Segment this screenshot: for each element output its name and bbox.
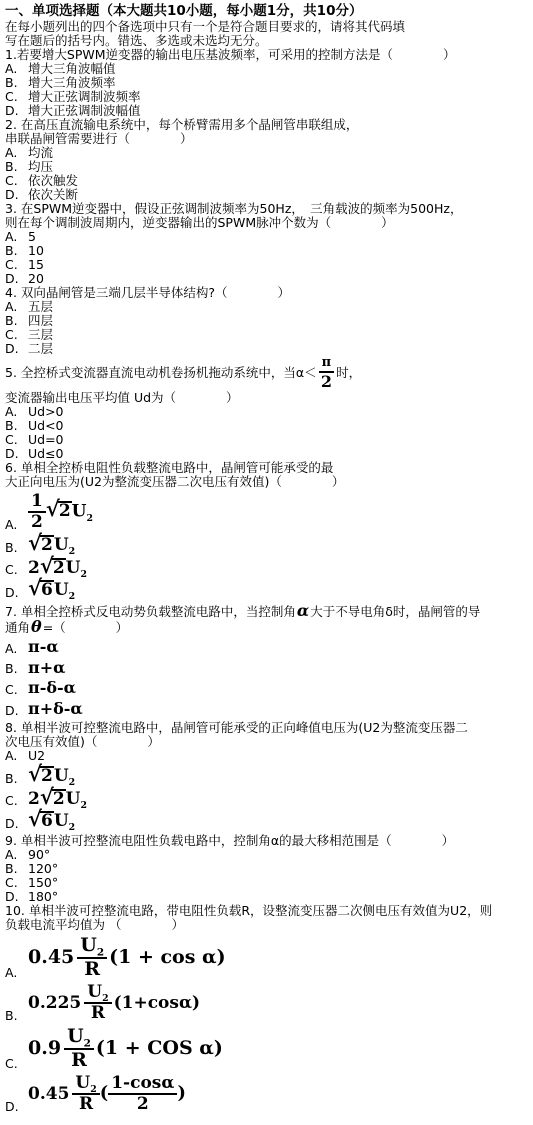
option-label: C. xyxy=(5,174,28,188)
option-text: 三层 xyxy=(28,327,53,342)
option-label: B. xyxy=(5,541,28,555)
option-label: D. xyxy=(5,447,28,461)
question-3: 3. 在SPWM逆变器中，假设正弦调制波频率为50Hz， 三角载波的频率为500… xyxy=(5,202,529,286)
formula-subscript: 2 xyxy=(86,512,93,523)
option-text: 五层 xyxy=(28,299,53,314)
question-stem: 通角θ=（ ） xyxy=(5,619,529,635)
pi-minus-alpha-formula: π-α xyxy=(28,638,59,656)
fraction-numerator: 1-cosα xyxy=(108,1074,177,1096)
option-text: Ud≤0 xyxy=(28,446,64,461)
option-label: B. xyxy=(5,244,28,258)
option-label: B. xyxy=(5,772,28,786)
pi-plus-alpha-formula: π+α xyxy=(28,659,65,677)
option-row: C.增大正弦调制波频率 xyxy=(5,90,529,104)
fraction-denominator: R xyxy=(71,1050,87,1071)
question-stem: 次电压有效值)（ ） xyxy=(5,735,529,749)
option-row: A. 0.45U2R(1 + cos α) xyxy=(5,935,529,980)
option-label: B. xyxy=(5,314,28,328)
sqrt-radical: √2 xyxy=(46,501,72,520)
option-text: 均流 xyxy=(28,145,53,160)
option-label: C. xyxy=(5,794,28,808)
question-6: 6. 单相全控桥电阻性负载整流电路中，晶闸管可能承受的最 大正向电压为(U2为整… xyxy=(5,461,529,601)
option-text: 四层 xyxy=(28,313,53,328)
fraction-numerator: 1 xyxy=(28,492,46,514)
question-5: 5. 全控桥式变流器直流电动机卷扬机拖动系统中，当α＜π2时， 变流器输出电压平… xyxy=(5,356,529,461)
option-row: B.增大三角波频率 xyxy=(5,76,529,90)
option-row: D.依次关断 xyxy=(5,188,529,202)
question-stem: 负载电流平均值为 （ ） xyxy=(5,918,529,932)
fraction-denominator: 2 xyxy=(31,513,43,532)
option-row: A.U2 xyxy=(5,749,529,763)
option-text: 150° xyxy=(28,875,58,890)
option-row: B.四层 xyxy=(5,314,529,328)
option-label: C. xyxy=(5,433,28,447)
option-text: Ud>0 xyxy=(28,404,64,419)
option-text: 120° xyxy=(28,861,58,876)
option-row: A. 12√2U2 xyxy=(5,492,529,532)
option-label: C. xyxy=(5,876,28,890)
option-label: A. xyxy=(5,518,28,532)
option-label: D. xyxy=(5,104,28,118)
question-2: 2. 在高压直流输电系统中，每个桥臂需用多个晶闸管串联组成， 串联晶闸管需要进行… xyxy=(5,118,529,202)
option-row: D. 0.45U2R(1-cosα2) xyxy=(5,1074,529,1114)
formula-base: U xyxy=(54,811,69,831)
sqrt2-u2-formula: √2U2 xyxy=(28,766,75,786)
average-current-formula: 0.225U2R(1+cosα) xyxy=(28,983,200,1023)
question-stem: 4. 双向晶闸管是三端几层半导体结构?（ ） xyxy=(5,286,529,300)
formula-base: U xyxy=(87,982,102,1002)
intro-line: 写在题后的括号内。错选、多选或未选均无分。 xyxy=(5,34,529,48)
option-label: A. xyxy=(5,642,28,656)
option-label: D. xyxy=(5,342,28,356)
option-row: A.五层 xyxy=(5,300,529,314)
option-text: 20 xyxy=(28,271,44,286)
radicand: 6 xyxy=(40,811,54,830)
option-text: Ud<0 xyxy=(28,418,64,433)
option-text: 增大正弦调制波幅值 xyxy=(28,103,141,118)
option-label: A. xyxy=(5,146,28,160)
option-label: A. xyxy=(5,966,28,980)
option-text: U2 xyxy=(28,748,45,763)
u2-over-r-fraction: U2R xyxy=(64,1026,94,1071)
intro-line: 在每小题列出的四个备选项中只有一个是符合题目要求的，请将其代码填 xyxy=(5,20,529,34)
option-row: D.180° xyxy=(5,890,529,904)
formula-tail: (1 + cos α) xyxy=(109,946,226,968)
formula-tail: (1 + COS α) xyxy=(96,1037,223,1059)
option-label: B. xyxy=(5,662,28,676)
question-stem: 1.若要增大SPWM逆变器的输出电压基波频率，可采用的控制方法是（ ） xyxy=(5,48,529,62)
question-stem: 6. 单相全控桥电阻性负载整流电路中，晶闸管可能承受的最 xyxy=(5,461,529,475)
pi-over-2-fraction: π2 xyxy=(319,356,335,391)
sqrt-radical: √2 xyxy=(28,766,54,785)
option-label: D. xyxy=(5,586,28,600)
question-stem: 串联晶闸管需要进行（ ） xyxy=(5,132,529,146)
option-row: C.15 xyxy=(5,258,529,272)
option-label: D. xyxy=(5,890,28,904)
half-sqrt2-u2-formula: 12√2U2 xyxy=(28,492,93,532)
fraction-numerator: U2 xyxy=(64,1026,94,1050)
formula-subscript: 2 xyxy=(69,546,76,557)
question-stem: 2. 在高压直流输电系统中，每个桥臂需用多个晶闸管串联组成， xyxy=(5,118,529,132)
radicand: 2 xyxy=(40,535,54,554)
option-label: C. xyxy=(5,328,28,342)
formula-coefficient: 0.45 xyxy=(28,946,74,968)
option-label: A. xyxy=(5,230,28,244)
fraction-denominator: R xyxy=(91,1004,105,1023)
average-current-formula: 0.45U2R(1-cosα2) xyxy=(28,1074,186,1114)
option-row: D. √6U2 xyxy=(5,811,529,831)
option-row: B.π+α xyxy=(5,659,529,677)
option-row: B.120° xyxy=(5,862,529,876)
one-minus-cos-over-2-fraction: 1-cosα2 xyxy=(108,1074,177,1114)
pi-minus-delta-minus-alpha-formula: π-δ-α xyxy=(28,679,76,697)
question-stem: 则在每个调制波周期内，逆变器输出的SPWM脉冲个数为（ ） xyxy=(5,216,529,230)
stem-text: 大于不导电角δ时，晶闸管的导 xyxy=(310,604,480,619)
radicand: 2 xyxy=(52,789,66,808)
question-stem: 8. 单相半波可控整流电路中，晶闸管可能承受的正向峰值电压为(U2为整流变压器二 xyxy=(5,721,529,735)
average-current-formula: 0.45U2R(1 + cos α) xyxy=(28,935,226,980)
option-row: C.π-δ-α xyxy=(5,679,529,697)
sqrt-radical: √6 xyxy=(28,811,54,830)
fraction-denominator: R xyxy=(84,959,100,980)
formula-subscript: 2 xyxy=(69,592,76,603)
option-row: D.增大正弦调制波幅值 xyxy=(5,104,529,118)
close-paren: ) xyxy=(177,1083,185,1104)
option-label: C. xyxy=(5,1057,28,1071)
option-label: B. xyxy=(5,1009,28,1023)
fraction-numerator: U2 xyxy=(84,983,111,1005)
formula-coefficient: 0.45 xyxy=(28,1084,69,1104)
option-text: 10 xyxy=(28,243,44,258)
option-text: 依次关断 xyxy=(28,187,78,202)
sqrt-radical: √2 xyxy=(40,558,66,577)
option-row: B.10 xyxy=(5,244,529,258)
radicand: 6 xyxy=(40,580,54,599)
stem-text: 7. 单相全控桥式反电动势负载整流电路中，当控制角 xyxy=(5,604,296,619)
option-label: A. xyxy=(5,300,28,314)
option-label: D. xyxy=(5,1100,28,1114)
option-row: C. 0.9U2R(1 + COS α) xyxy=(5,1026,529,1071)
option-row: B. √2U2 xyxy=(5,535,529,555)
option-text: 90° xyxy=(28,847,50,862)
radicand: 2 xyxy=(58,501,72,520)
option-row: A.增大三角波幅值 xyxy=(5,62,529,76)
option-text: 二层 xyxy=(28,341,53,356)
formula-subscript: 2 xyxy=(69,823,76,834)
u2-over-r-fraction: U2R xyxy=(77,935,107,980)
sqrt6-u2-formula: √6U2 xyxy=(28,580,75,600)
formula-subscript: 2 xyxy=(80,800,87,811)
sqrt2-u2-formula: √2U2 xyxy=(28,535,75,555)
option-label: B. xyxy=(5,76,28,90)
2-sqrt2-u2-formula: 2√2U2 xyxy=(28,558,87,578)
option-row: C. 2√2U2 xyxy=(5,789,529,809)
formula-base: U xyxy=(54,535,69,555)
option-label: B. xyxy=(5,419,28,433)
question-stem: 3. 在SPWM逆变器中，假设正弦调制波频率为50Hz， 三角载波的频率为500… xyxy=(5,202,529,216)
option-text: 增大三角波频率 xyxy=(28,75,116,90)
formula-coefficient: 2 xyxy=(28,558,40,578)
formula-subscript: 2 xyxy=(90,1084,97,1095)
option-row: A.Ud>0 xyxy=(5,405,529,419)
option-text: 5 xyxy=(28,229,36,244)
option-row: C. 2√2U2 xyxy=(5,558,529,578)
option-row: D.Ud≤0 xyxy=(5,447,529,461)
option-row: B.均压 xyxy=(5,160,529,174)
formula-base: U xyxy=(72,501,87,521)
option-row: A.5 xyxy=(5,230,529,244)
2-sqrt2-u2-formula: 2√2U2 xyxy=(28,789,87,809)
sqrt6-u2-formula: √6U2 xyxy=(28,811,75,831)
option-row: B.Ud<0 xyxy=(5,419,529,433)
option-label: A. xyxy=(5,848,28,862)
option-label: D. xyxy=(5,817,28,831)
option-label: C. xyxy=(5,563,28,577)
option-label: D. xyxy=(5,272,28,286)
formula-base: U xyxy=(67,1025,84,1047)
option-label: C. xyxy=(5,90,28,104)
fraction-numerator: π xyxy=(319,356,335,373)
formula-base: U xyxy=(75,1073,90,1093)
u2-over-r-fraction: U2R xyxy=(84,983,111,1023)
option-row: B. 0.225U2R(1+cosα) xyxy=(5,983,529,1023)
formula-tail: (1+cosα) xyxy=(114,993,201,1013)
u2-over-r-fraction: U2R xyxy=(72,1074,99,1114)
question-9: 9. 单相半波可控整流电阻性负载电路中，控制角α的最大移相范围是（ ） A.90… xyxy=(5,834,529,904)
radicand: 2 xyxy=(40,766,54,785)
option-label: D. xyxy=(5,704,28,718)
question-stem: 变流器输出电压平均值 Ud为（ ） xyxy=(5,391,529,405)
formula-base: U xyxy=(54,766,69,786)
option-row: B. √2U2 xyxy=(5,766,529,786)
option-label: A. xyxy=(5,405,28,419)
formula-base: U xyxy=(80,934,97,956)
question-1: 1.若要增大SPWM逆变器的输出电压基波频率，可采用的控制方法是（ ） A.增大… xyxy=(5,48,529,118)
open-paren: ( xyxy=(100,1083,108,1104)
sqrt-radical: √6 xyxy=(28,580,54,599)
fraction-denominator: 2 xyxy=(321,373,332,391)
stem-text: 通角 xyxy=(5,620,30,635)
average-current-formula: 0.9U2R(1 + COS α) xyxy=(28,1026,223,1071)
formula-subscript: 2 xyxy=(80,569,87,580)
stem-text: =（ ） xyxy=(43,620,128,635)
option-text: 增大正弦调制波频率 xyxy=(28,89,141,104)
option-row: A.90° xyxy=(5,848,529,862)
stem-text: 时， xyxy=(336,365,361,380)
option-row: D.20 xyxy=(5,272,529,286)
fraction-denominator: R xyxy=(79,1095,93,1114)
stem-text: 5. 全控桥式变流器直流电动机卷扬机拖动系统中，当α＜ xyxy=(5,365,317,380)
option-row: D. √6U2 xyxy=(5,580,529,600)
option-row: D.π+δ-α xyxy=(5,700,529,718)
option-row: C.150° xyxy=(5,876,529,890)
option-label: B. xyxy=(5,160,28,174)
formula-coefficient: 2 xyxy=(28,789,40,809)
option-label: D. xyxy=(5,188,28,202)
option-row: C.依次触发 xyxy=(5,174,529,188)
formula-subscript: 2 xyxy=(69,777,76,788)
question-7: 7. 单相全控桥式反电动势负载整流电路中，当控制角α大于不导电角δ时，晶闸管的导… xyxy=(5,603,529,717)
option-label: C. xyxy=(5,258,28,272)
option-text: 均压 xyxy=(28,159,53,174)
fraction-numerator: U2 xyxy=(72,1074,99,1096)
question-stem: 7. 单相全控桥式反电动势负载整流电路中，当控制角α大于不导电角δ时，晶闸管的导 xyxy=(5,603,529,619)
question-stem: 5. 全控桥式变流器直流电动机卷扬机拖动系统中，当α＜π2时， xyxy=(5,356,529,391)
option-label: C. xyxy=(5,683,28,697)
formula-coefficient: 0.9 xyxy=(28,1037,61,1059)
formula-base: U xyxy=(66,558,81,578)
option-row: D.二层 xyxy=(5,342,529,356)
option-text: 依次触发 xyxy=(28,173,78,188)
theta-symbol: θ xyxy=(30,617,43,636)
option-label: A. xyxy=(5,749,28,763)
option-row: A.π-α xyxy=(5,638,529,656)
exam-document: 一、单项选择题（本大题共10小题，每小题1分，共10分） 在每小题列出的四个备选… xyxy=(0,0,533,1125)
formula-base: U xyxy=(54,580,69,600)
option-label: B. xyxy=(5,862,28,876)
formula-subscript: 2 xyxy=(102,993,109,1004)
option-text: Ud=0 xyxy=(28,432,64,447)
option-row: C.三层 xyxy=(5,328,529,342)
fraction-numerator: U2 xyxy=(77,935,107,959)
sqrt-radical: √2 xyxy=(28,535,54,554)
question-stem: 9. 单相半波可控整流电阻性负载电路中，控制角α的最大移相范围是（ ） xyxy=(5,834,529,848)
option-label: A. xyxy=(5,62,28,76)
question-8: 8. 单相半波可控整流电路中，晶闸管可能承受的正向峰值电压为(U2为整流变压器二… xyxy=(5,721,529,832)
section-title: 一、单项选择题（本大题共10小题，每小题1分，共10分） xyxy=(5,3,529,19)
option-text: 增大三角波幅值 xyxy=(28,61,116,76)
formula-base: U xyxy=(66,789,81,809)
formula-coefficient: 0.225 xyxy=(28,993,81,1013)
fraction-denominator: 2 xyxy=(137,1095,149,1114)
question-10: 10. 单相半波可控整流电路，带电阻性负载R，设整流变压器二次侧电压有效值为U2… xyxy=(5,904,529,1114)
question-stem: 10. 单相半波可控整流电路，带电阻性负载R，设整流变压器二次侧电压有效值为U2… xyxy=(5,904,529,918)
pi-plus-delta-minus-alpha-formula: π+δ-α xyxy=(28,700,83,718)
sqrt-radical: √2 xyxy=(40,789,66,808)
option-row: A.均流 xyxy=(5,146,529,160)
radicand: 2 xyxy=(52,558,66,577)
alpha-symbol: α xyxy=(296,601,310,620)
one-half-fraction: 12 xyxy=(28,492,46,532)
question-stem: 大正向电压为(U2为整流变压器二次电压有效值)（ ） xyxy=(5,475,529,489)
option-text: 180° xyxy=(28,889,58,904)
question-4: 4. 双向晶闸管是三端几层半导体结构?（ ） A.五层 B.四层 C.三层 D.… xyxy=(5,286,529,356)
option-text: 15 xyxy=(28,257,44,272)
option-row: C.Ud=0 xyxy=(5,433,529,447)
